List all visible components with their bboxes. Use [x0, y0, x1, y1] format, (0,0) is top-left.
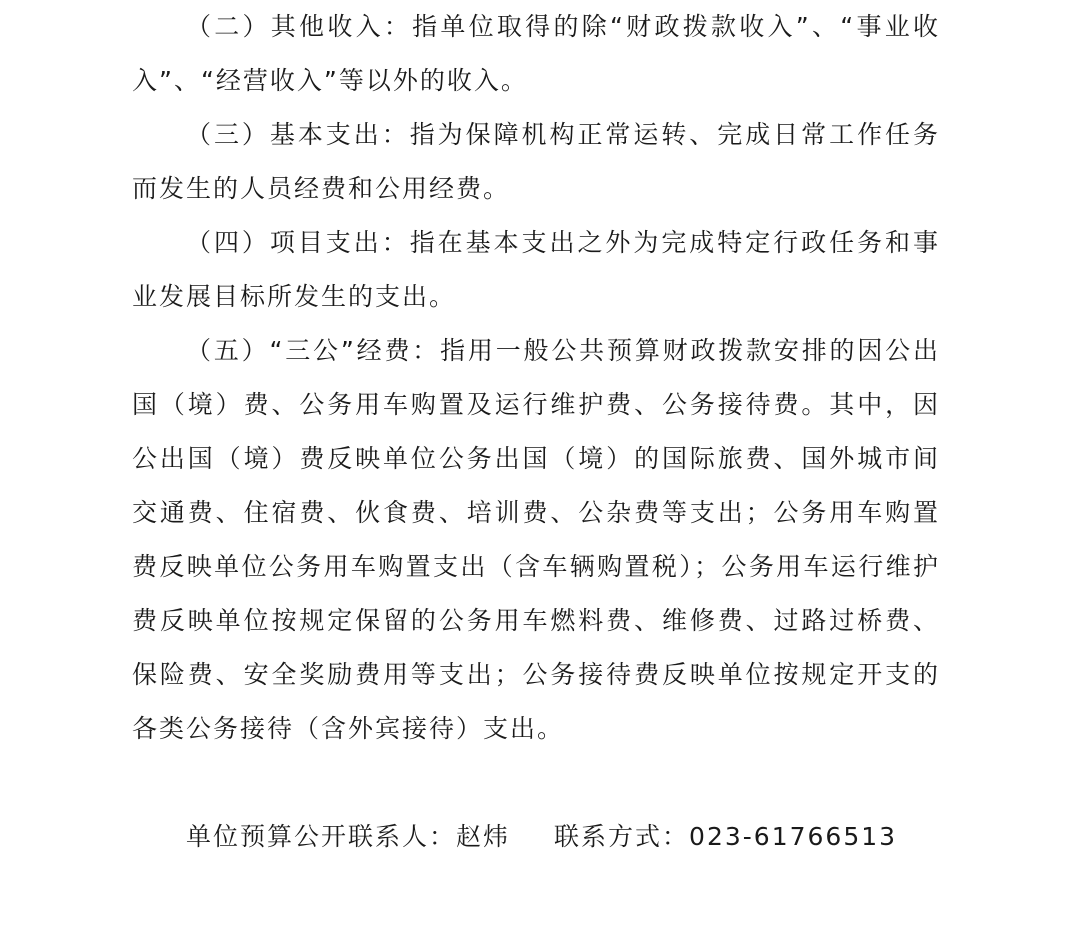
contact-label: 单位预算公开联系人： [186, 822, 456, 851]
paragraph-three-public-expenses: （五）“三公”经费：指用一般公共预算财政拨款安排的因公出国（境）费、公务用车购置… [132, 324, 940, 756]
contact-name: 赵炜 [456, 822, 510, 851]
phone-label: 联系方式： [554, 822, 689, 851]
document-body: （二）其他收入：指单位取得的除“财政拨款收入”、“事业收入”、“经营收入”等以外… [132, 0, 940, 756]
paragraph-other-income: （二）其他收入：指单位取得的除“财政拨款收入”、“事业收入”、“经营收入”等以外… [132, 0, 940, 108]
paragraph-basic-expenditure: （三）基本支出：指为保障机构正常运转、完成日常工作任务而发生的人员经费和公用经费… [132, 108, 940, 216]
phone-number: 023-61766513 [689, 822, 897, 851]
contact-footer: 单位预算公开联系人：赵炜联系方式：023-61766513 [186, 814, 897, 860]
paragraph-project-expenditure: （四）项目支出：指在基本支出之外为完成特定行政任务和事业发展目标所发生的支出。 [132, 216, 940, 324]
